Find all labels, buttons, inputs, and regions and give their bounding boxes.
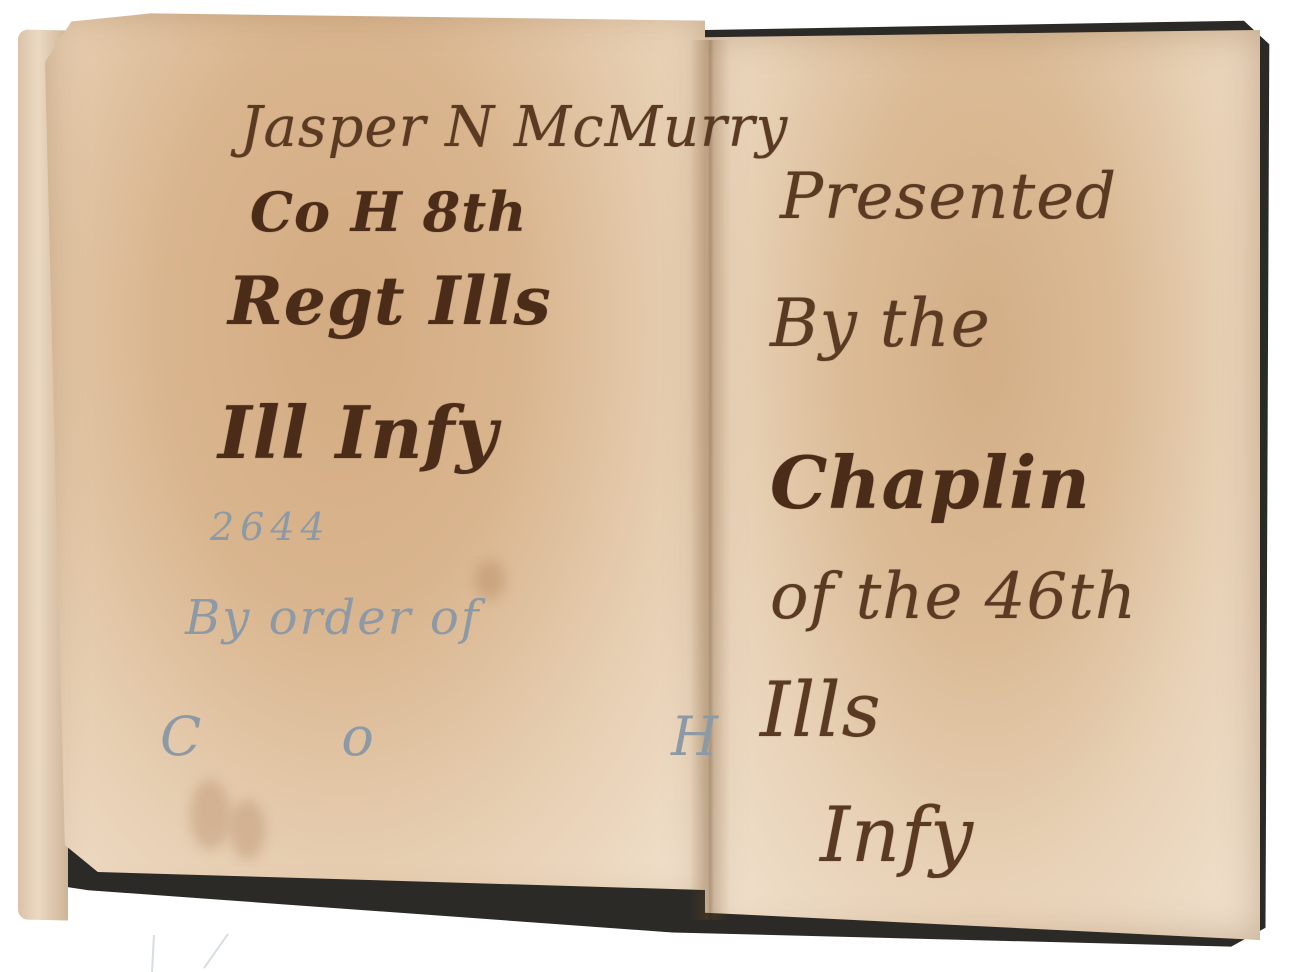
loose-thread — [151, 935, 155, 972]
inscription-presented: Presented — [780, 160, 1117, 234]
inscription-infantry: Ill Infy — [218, 390, 498, 475]
inscription-infy: Infy — [820, 790, 974, 879]
inscription-by-the: By the — [770, 285, 991, 362]
inscription-company: Co H 8th — [250, 180, 527, 244]
inscription-of-the-46th: of the 46th — [770, 560, 1137, 634]
inscription-chaplain: Chaplin — [770, 440, 1091, 525]
inscription-ills: Ills — [760, 665, 882, 754]
inscription-regiment: Regt Ills — [228, 262, 552, 340]
book-gutter — [690, 40, 730, 920]
stain — [230, 800, 265, 860]
pencil-number: 2644 — [210, 505, 331, 549]
stain — [190, 780, 230, 850]
inscription-name: Jasper N McMurry — [240, 95, 788, 160]
pencil-by-order: By order of — [185, 590, 481, 646]
pencil-company: Co H — [160, 705, 858, 768]
book-photo: Jasper N McMurry Co H 8th Regt Ills Ill … — [0, 0, 1300, 972]
loose-thread — [203, 933, 229, 969]
